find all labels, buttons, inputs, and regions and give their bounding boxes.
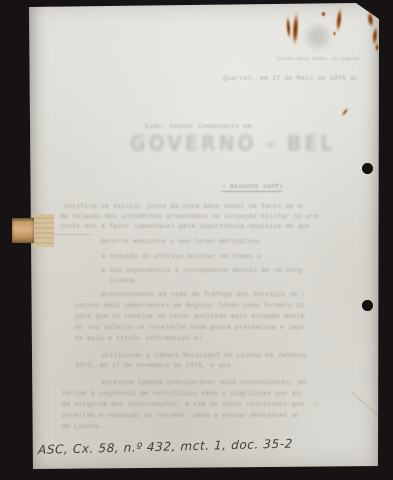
scan-background: GOVERNO - BELÉM SECRETARIA GERAL DO GABI… (0, 0, 393, 480)
rust-stain (375, 43, 379, 52)
typed-line: SECRETARIA GERAL DO GABINETE (277, 57, 359, 63)
rust-stain (321, 11, 326, 17)
typed-line: da relação dos incidentes provocados na … (60, 213, 318, 220)
typed-line: cações mais importantes de Angola; tendo… (75, 302, 304, 309)
rust-fleck (340, 107, 349, 117)
hole-punch-bottom (362, 300, 373, 311)
age-spot (312, 401, 321, 408)
typed-line: da exigirem das intervenções, a fim de o… (62, 401, 304, 408)
document-page: GOVERNO - BELÉM SECRETARIA GERAL DO GABI… (28, 3, 380, 470)
rust-stain (333, 31, 336, 36)
typed-line: te mais a título informativo ali. (75, 335, 201, 342)
typed-line: - a redução do efetivo militar em todos … (93, 253, 261, 260)
tape-fragment-inner (33, 214, 54, 247)
rust-stain (285, 15, 292, 40)
rust-stain (291, 11, 300, 47)
typed-line: de Lisboa. (62, 423, 104, 430)
typed-line: Exmo. Senhor Comandante em (145, 123, 253, 130)
typed-line: feriam à sequência de sacrifícios vãos e… (62, 390, 302, 397)
typed-line: permitam a ocupação do terreno, para a e… (62, 412, 298, 419)
typed-line: - provavelmente da rede de Tráfego dos S… (93, 291, 303, 298)
archival-reference-handwriting: ASC, Cx. 58, n.º 432, mct. 1, doc. 35-2 (38, 437, 269, 458)
embossed-seal-ghost (302, 22, 333, 51)
paper-crease (350, 391, 389, 427)
typed-line: 1975, ao 17 de novembro de 1975, o qual. (75, 362, 232, 369)
typed-line: - utilizando a Câmara Municipal de Lisbo… (93, 352, 309, 359)
typed-line: ções que se revelam no valor avultado ma… (75, 313, 304, 320)
rust-stain (335, 7, 344, 33)
bleedthrough-stamp-text: GOVERNO - BELÉM (130, 131, 336, 160)
typed-line: - Assunto confid. (222, 183, 282, 192)
typed-line: do seu salário se revelaria numa pouca p… (75, 324, 304, 331)
typed-line: Quartel, em 17 de Maio de 1975 ab (223, 75, 356, 82)
typed-line: - a sua dependência e consequente desvio… (93, 267, 303, 274)
typed-line: Verifica-se existir junto da nova base n… (64, 203, 303, 210)
typed-line: Lisboa. (110, 277, 147, 284)
hole-punch-top (362, 163, 373, 174)
tape-fragment-outer (12, 218, 34, 243)
typed-line: decorre mediante o seu termo definitivo … (100, 238, 260, 245)
typed-line: sente mês a favor lamentável pela import… (60, 223, 309, 230)
typed-line: - acrescem também considerável mais conv… (93, 379, 307, 386)
